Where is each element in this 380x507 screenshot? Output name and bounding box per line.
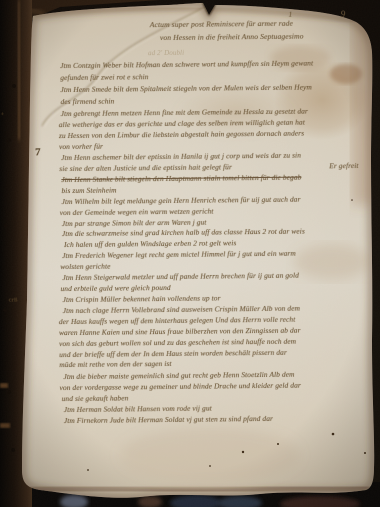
parchment-page (0, 0, 380, 507)
manuscript-photo: 9 Actum super post Reminiscere für armer… (0, 0, 380, 507)
manuscript-scene (0, 0, 380, 507)
